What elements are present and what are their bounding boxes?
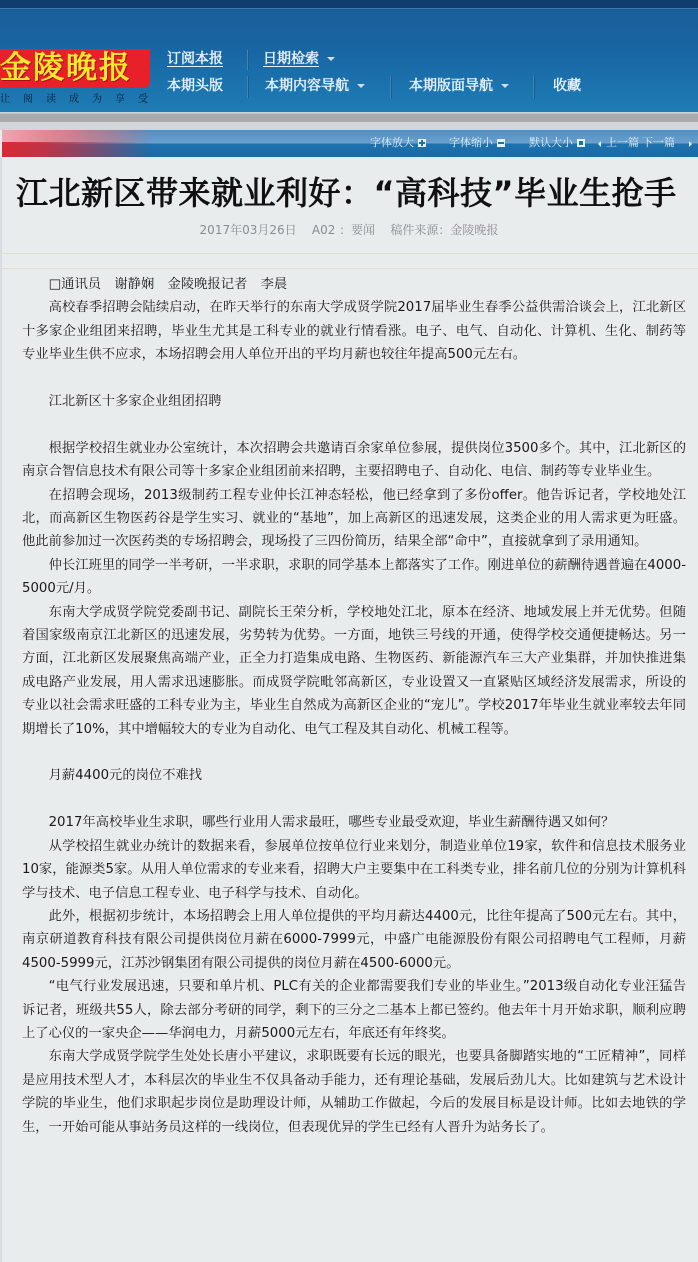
font-bigger-label: 字体放大 [370, 136, 414, 149]
header-shadow-band [0, 113, 698, 122]
paragraph: 在招聘会现场，2013级制药工程专业仲长江神态轻松，他已经拿到了多份offer。… [22, 484, 686, 554]
font-smaller-button[interactable]: 字体缩小 [449, 136, 505, 150]
minus-icon [497, 139, 505, 147]
paragraph: “电气行业发展迅速，只要和单片机、PLC有关的企业都需要我们专业的毕业生。”20… [22, 975, 686, 1045]
chevron-down-icon [327, 57, 335, 61]
paragraph: 东南大学成贤学院学生处处长唐小平建议，求职既要有长远的眼光，也要具备脚踏实地的“… [22, 1045, 686, 1139]
article-toolbar: 字体放大 字体缩小 默认大小 上一篇 下一篇 [2, 130, 698, 157]
meta-divider [2, 253, 698, 254]
prev-article-link[interactable]: 上一篇 [606, 136, 639, 150]
nav-separator [247, 50, 248, 70]
article-title: 江北新区带来就业利好：“高科技”毕业生抢手 [16, 170, 696, 216]
nav-page-nav-label: 本期版面导航 [409, 78, 493, 94]
nav-subscribe-link[interactable]: 订阅本报 [167, 50, 223, 68]
font-bigger-button[interactable]: 字体放大 [370, 136, 426, 150]
header-light-band [0, 122, 698, 130]
section-subheading: 江北新区十多家企业组团招聘 [22, 390, 686, 413]
nav-content-nav-dropdown[interactable]: 本期内容导航 [265, 77, 365, 95]
byline: □通讯员 谢静娴 金陵晚报记者 李晨 [22, 273, 686, 296]
nav-date-search-label: 日期检索 [263, 51, 319, 67]
plus-icon [418, 139, 426, 147]
toolbar-red-accent-highlight [2, 130, 152, 142]
font-default-button[interactable]: 默认大小 [529, 136, 585, 150]
font-default-label: 默认大小 [529, 136, 573, 149]
site-header: 金陵晚报 让阅读成为享受 订阅本报 日期检索 本期头版 本期内容导航 本期版面导… [0, 0, 698, 113]
paragraph: 2017年高校毕业生求职，哪些行业用人需求最旺，哪些专业最受欢迎，毕业生薪酬待遇… [22, 811, 686, 834]
next-arrow-icon [689, 141, 692, 147]
newspaper-logo[interactable]: 金陵晚报 [0, 49, 150, 88]
nav-favorite-link[interactable]: 收藏 [553, 77, 581, 95]
nav-separator [247, 76, 248, 98]
article-meta: 2017年03月26日 A02 ：要闻 稿件来源：金陵晚报 [0, 222, 698, 238]
paragraph: 从学校招生就业办统计的数据来看，参展单位按单位行业来划分，制造业单位19家，软件… [22, 835, 686, 905]
nav-page-nav-dropdown[interactable]: 本期版面导航 [409, 77, 509, 95]
chevron-down-icon [357, 84, 365, 88]
nav-separator [533, 76, 534, 98]
square-icon [577, 139, 585, 147]
next-article-link[interactable]: 下一篇 [642, 136, 675, 150]
section-subheading: 月薪4400元的岗位不难找 [22, 764, 686, 787]
logo-slogan: 让阅读成为享受 [0, 93, 150, 107]
content-divider [2, 268, 698, 269]
paragraph: 仲长江班里的同学一半考研，一半求职，求职的同学基本上都落实了工作。刚进单位的薪酬… [22, 554, 686, 601]
page-left-border [0, 157, 2, 1262]
article-body: □通讯员 谢静娴 金陵晚报记者 李晨 高校春季招聘会陆续启动，在昨天举行的东南大… [22, 273, 686, 1139]
header-top-line [0, 8, 698, 9]
paragraph: 此外，根据初步统计，本场招聘会上用人单位提供的平均月薪达4400元，比往年提高了… [22, 905, 686, 975]
chevron-down-icon [501, 84, 509, 88]
nav-content-nav-label: 本期内容导航 [265, 78, 349, 94]
nav-separator [390, 76, 391, 98]
prev-arrow-icon [598, 141, 601, 147]
paragraph: 高校春季招聘会陆续启动，在昨天举行的东南大学成贤学院2017届毕业生春季公益供需… [22, 296, 686, 366]
nav-date-search-dropdown[interactable]: 日期检索 [263, 50, 335, 68]
font-smaller-label: 字体缩小 [449, 136, 493, 149]
nav-front-page-link[interactable]: 本期头版 [167, 77, 223, 95]
paragraph: 根据学校招生就业办公室统计，本次招聘会共邀请百余家单位参展，提供岗位3500多个… [22, 437, 686, 484]
paragraph: 东南大学成贤学院党委副书记、副院长王荣分析，学校地处江北，原本在经济、地域发展上… [22, 601, 686, 741]
